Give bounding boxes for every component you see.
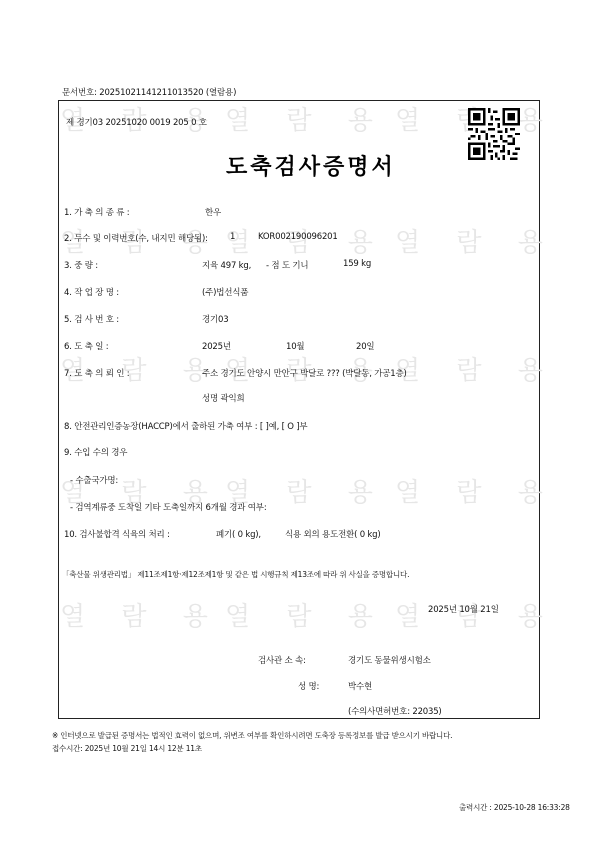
issue-date: 2025년 10월 21일 xyxy=(428,603,499,615)
footer-notice: ※ 인터넷으로 발급된 증명서는 법적인 효력이 없으며, 위변조 여부를 확인… xyxy=(52,730,452,741)
field-value-slaughter-day: 20일 xyxy=(356,340,374,352)
field-value-trace-number: KOR0021900962​01 xyxy=(258,232,338,242)
inspector-org-label: 검사관 소 속: xyxy=(258,654,306,666)
document-number: 문서번호: 2025102114121101352​0 (열람용) xyxy=(62,86,236,98)
receipt-time: 접수시간: 2025년 10월 21일 14시 12분 11초 xyxy=(52,743,202,754)
page-title: 도축검사증명서 xyxy=(226,150,396,181)
qr-code[interactable] xyxy=(468,108,520,160)
field-label-byproduct: - 점 도 기니 xyxy=(266,259,308,271)
field-value-slaughter-year: 2025년 xyxy=(202,340,231,352)
field-label-inspection-number: 5. 검 사 번 호 : xyxy=(64,313,119,325)
field-label-weight: 3. 중 량 : xyxy=(64,259,98,271)
field-label-workplace: 4. 작 업 장 명 : xyxy=(64,286,119,298)
inspector-name-label: 성 명: xyxy=(298,680,319,692)
document-number-suffix: (열람용) xyxy=(206,88,236,98)
certification-statement: 「축산물 위생관리법」 제11조제1항·제12조제1항 및 같은 법 시행규칙 … xyxy=(62,569,409,580)
field-value-conversion: 식용 외의 용도전환( 0 kg) xyxy=(285,528,380,540)
certificate-serial: 제 경기03 20251020 0019 205 0 호 xyxy=(66,116,207,128)
field-value-inspection-number: 경기03 xyxy=(202,313,228,325)
field-value-slaughter-month: 10월 xyxy=(286,340,304,352)
qr-code-icon xyxy=(468,108,520,160)
print-time: 출력시간 : 2025-10-28 16:33:28 xyxy=(459,802,570,813)
inspector-org-value: 경기도 동물위생시험소 xyxy=(348,654,431,666)
document-number-label: 문서번호: xyxy=(62,88,97,98)
field-import-case: 9. 수입 수의 경우 xyxy=(64,446,127,458)
field-label-livestock-type: 1. 가 축 의 종 류 : xyxy=(64,206,129,218)
field-value-head-count: 1 xyxy=(230,232,235,242)
field-value-carcass-weight: 지육 497 kg, xyxy=(202,259,251,271)
field-label-slaughter-date: 6. 도 축 일 : xyxy=(64,340,108,352)
field-export-country: - 수출국가명: xyxy=(70,474,118,486)
inspector-name-value: 박수현 xyxy=(348,680,372,692)
certificate-frame xyxy=(58,100,540,719)
field-label-requester: 7. 도 축 의 뢰 인 : xyxy=(64,367,129,379)
field-value-disposal: 폐기( 0 kg), xyxy=(216,528,261,540)
field-value-requester-address: 주소 경기도 안양시 만안구 박달로 ??? (박달동, 가공1층) xyxy=(202,367,407,379)
field-label-rejected-meat: 10. 검사불합격 식육의 처리 : xyxy=(64,528,170,540)
field-quarantine: - 검역계류중 도착일 기타 도축일까지 6개월 경과 여부: xyxy=(70,501,267,513)
field-haccp: 8. 안전관리인증농장(HACCP)에서 출하된 가축 여부 : [ ]예, [… xyxy=(64,420,307,432)
field-value-workplace: (주)법선식품 xyxy=(202,286,248,298)
inspector-license: (수의사면허번호: 22035) xyxy=(348,705,442,717)
field-value-byproduct-weight: 159 kg xyxy=(343,259,371,269)
field-value-requester-name: 성명 곽익희 xyxy=(202,392,245,404)
field-label-head-count: 2. 두수 및 이력번호(수, 내지민 해당됨): xyxy=(64,232,208,244)
document-number-value: 2025102114121101352​0 xyxy=(99,88,203,98)
field-value-livestock-type: 한우 xyxy=(205,206,221,218)
